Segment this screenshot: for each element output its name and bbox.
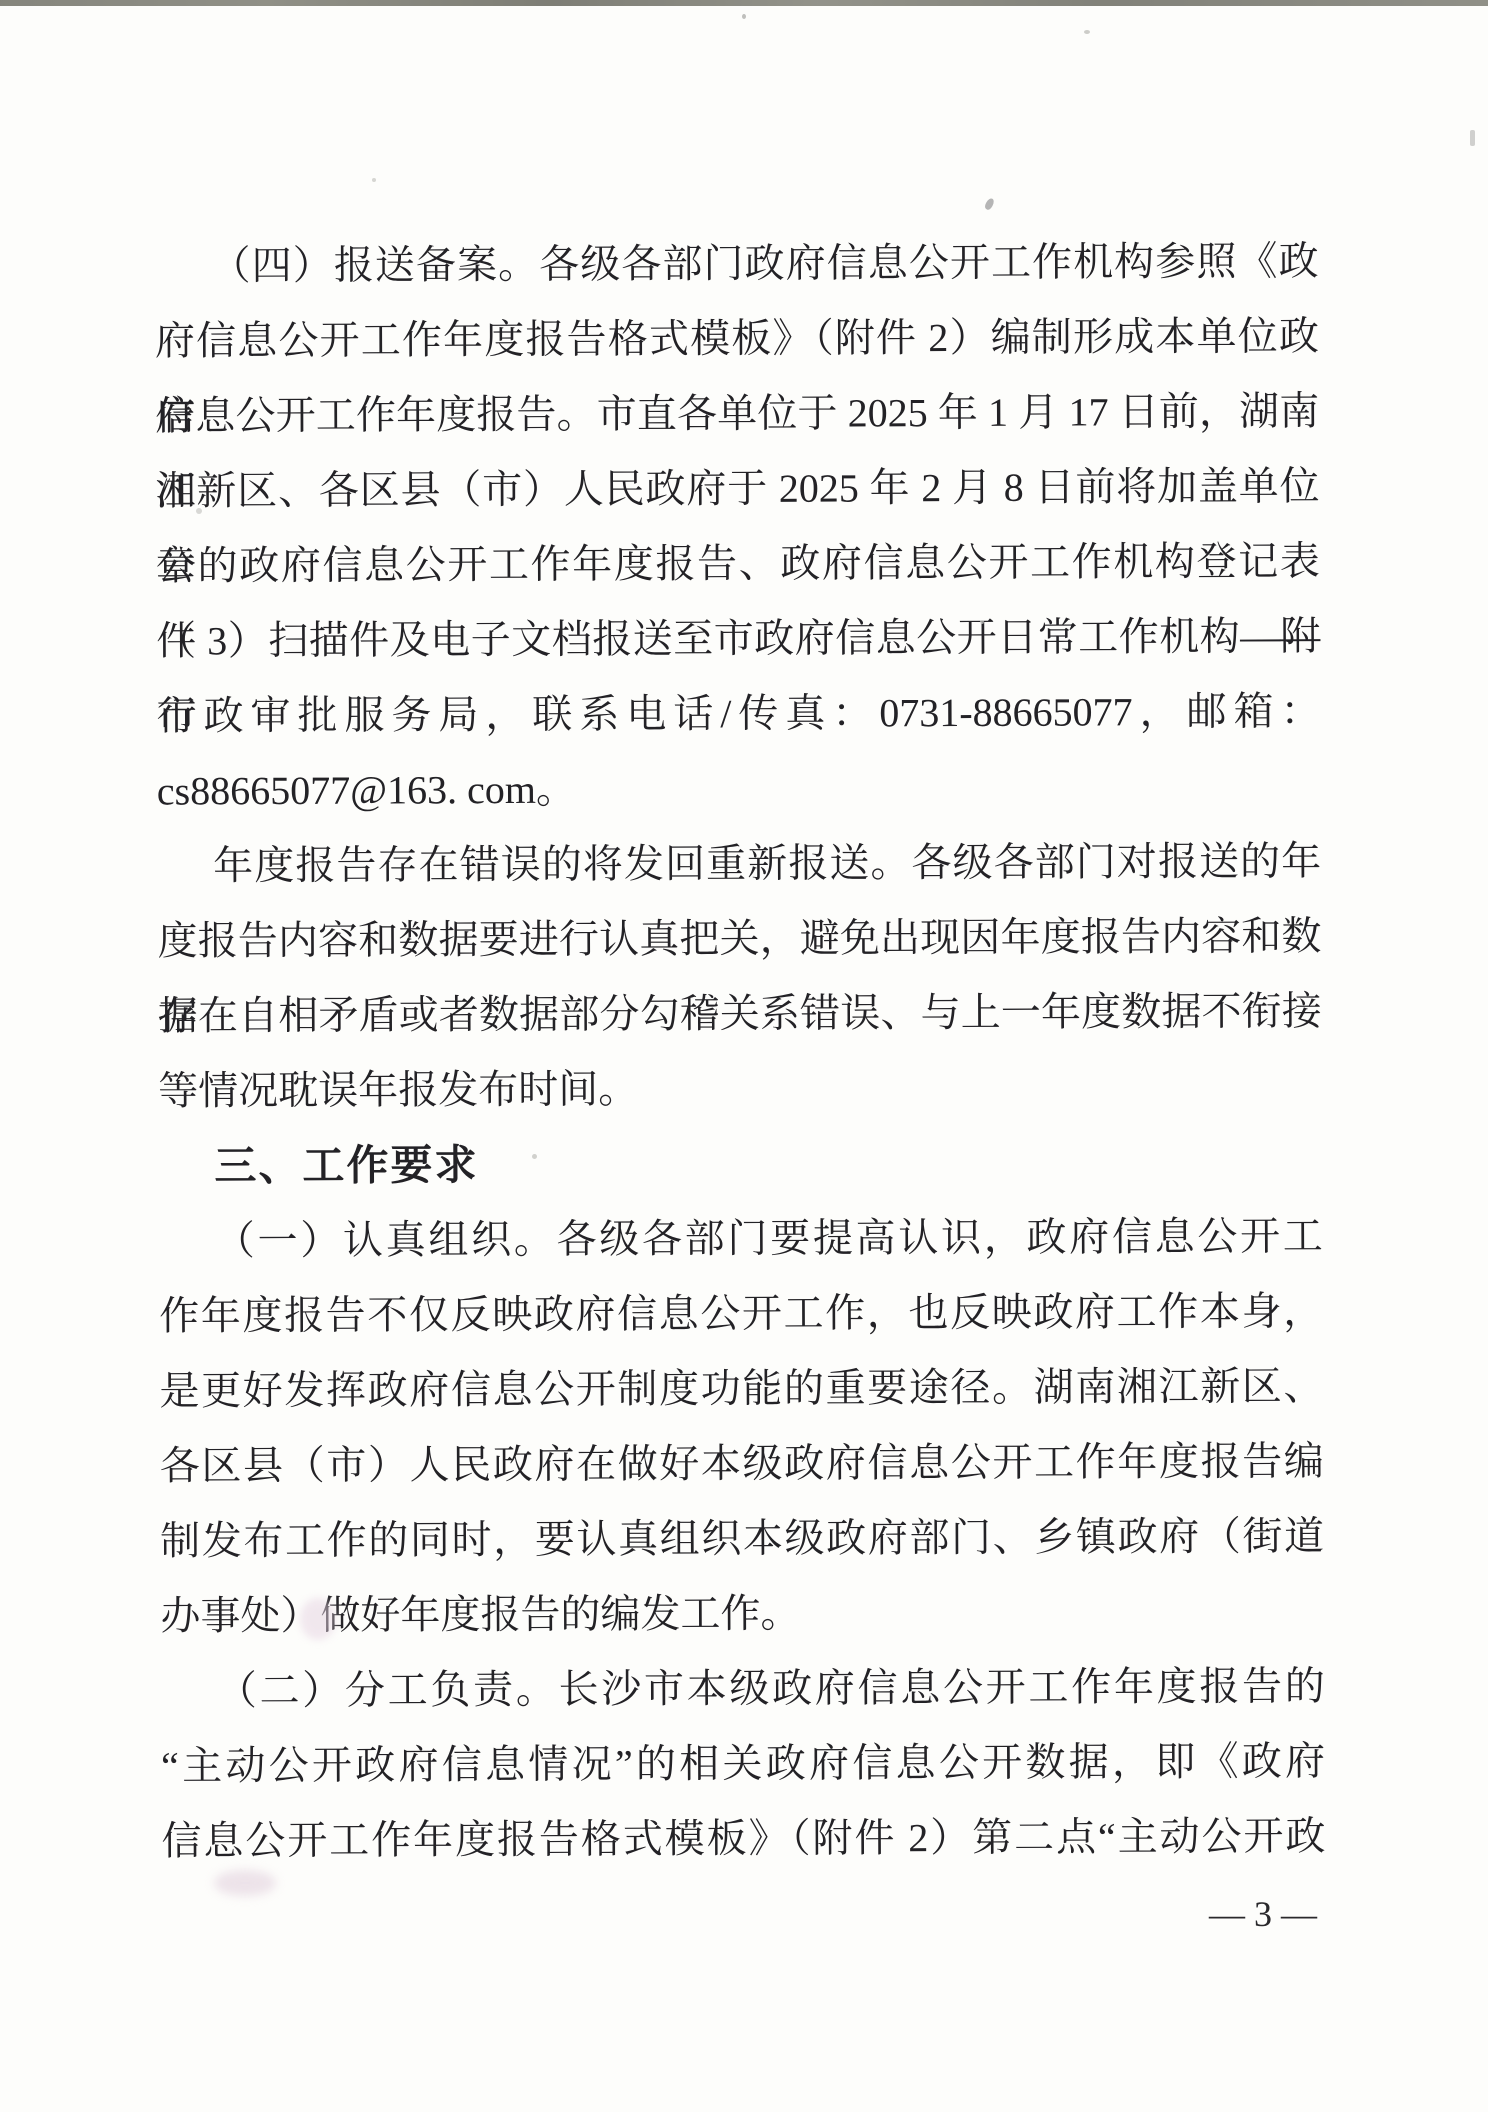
email-text-line: cs88665077@163. com。 xyxy=(157,748,1321,828)
text-line: （四）报送备案。各级各部门政府信息公开工作机构参照《政 xyxy=(154,223,1318,303)
text-line: 信息公开工作年度报告格式模板》（附件 2）第二点“主动公开政 xyxy=(161,1798,1325,1878)
page-number: — 3 — xyxy=(1198,1893,1328,1935)
text-line: 行政审批服务局，联系电话/传真：0731-88665077，邮箱： xyxy=(156,673,1320,753)
text-line: 是更好发挥政府信息公开制度功能的重要途径。湖南湘江新区、 xyxy=(159,1348,1323,1428)
scan-speck xyxy=(1084,30,1090,34)
document-page: （四）报送备案。各级各部门政府信息公开工作机构参照《政 府信息公开工作年度报告格… xyxy=(0,0,1488,2112)
scan-speck xyxy=(372,178,376,182)
text-line: 等情况耽误年报发布时间。 xyxy=(158,1048,1322,1128)
text-line: 制发布工作的同时，要认真组织本级政府部门、乡镇政府（街道 xyxy=(160,1498,1324,1578)
text-line: “主动公开政府信息情况”的相关政府信息公开数据，即《政府 xyxy=(161,1723,1325,1803)
text-line: （二）分工负责。长沙市本级政府信息公开工作年度报告的 xyxy=(161,1648,1325,1728)
text-line: 各区县（市）人民政府在做好本级政府信息公开工作年度报告编 xyxy=(160,1423,1324,1503)
text-line: 府信息公开工作年度报告格式模板》（附件 2）编制形成本单位政府 xyxy=(155,298,1319,378)
scan-speck xyxy=(984,197,996,211)
text-line: 度报告内容和数据要进行认真把关，避免出现因年度报告内容和数据 xyxy=(157,898,1321,978)
scanner-edge-line xyxy=(0,0,1488,6)
text-line: 件 3）扫描件及电子文档报送至市政府信息公开日常工作机构——市 xyxy=(156,598,1320,678)
text-line: 江新区、各区县（市）人民政府于 2025 年 2 月 8 日前将加盖单位公 xyxy=(155,448,1319,528)
text-line: 办事处）做好年度报告的编发工作。 xyxy=(160,1573,1324,1653)
scan-speck xyxy=(742,14,746,19)
text-line: 作年度报告不仅反映政府信息公开工作，也反映政府工作本身， xyxy=(159,1273,1323,1353)
text-line: 年度报告存在错误的将发回重新报送。各级各部门对报送的年 xyxy=(157,823,1321,903)
section-heading: 三、工作要求 xyxy=(158,1123,1322,1203)
text-line: 章的政府信息公开工作年度报告、政府信息公开工作机构登记表（附 xyxy=(156,523,1320,603)
scan-speck xyxy=(1470,130,1475,146)
document-body: （四）报送备案。各级各部门政府信息公开工作机构参照《政 府信息公开工作年度报告格… xyxy=(154,223,1325,1878)
text-line: 存在自相矛盾或者数据部分勾稽关系错误、与上一年度数据不衔接 xyxy=(158,973,1322,1053)
text-line: 信息公开工作年度报告。市直各单位于 2025 年 1 月 17 日前，湖南湘 xyxy=(155,373,1319,453)
text-line: （一）认真组织。各级各部门要提高认识，政府信息公开工 xyxy=(159,1198,1323,1278)
